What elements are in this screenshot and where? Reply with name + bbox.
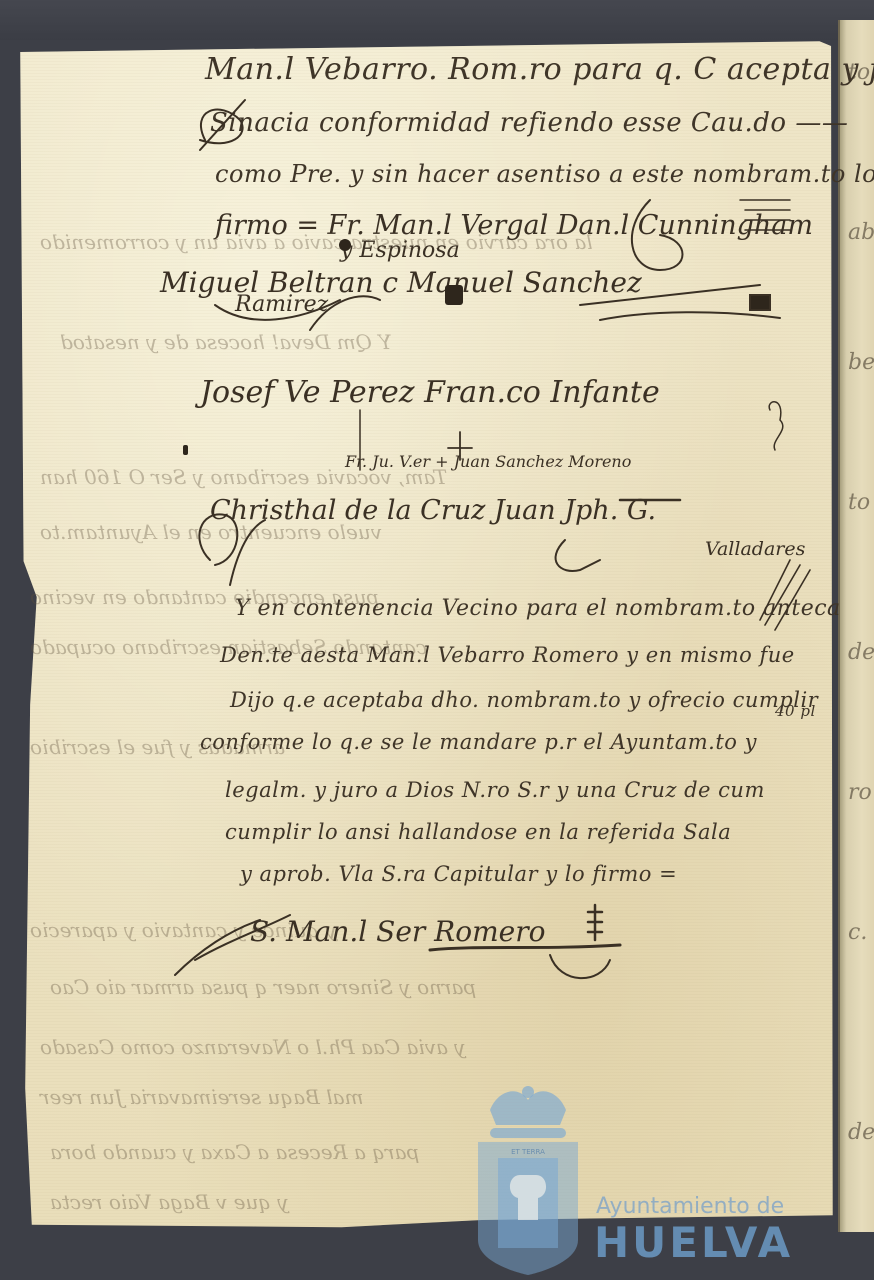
coat-of-arms-icon: ET TERRA <box>468 1080 588 1280</box>
archive-watermark: ET TERRA Ayuntamiento de HUELVA <box>468 1080 788 1280</box>
shield-motto: ET TERRA <box>511 1148 545 1156</box>
watermark-line1: Ayuntamiento de <box>596 1194 784 1219</box>
scan-viewer: to ab be to de ro c. de la ora carvio en… <box>0 0 874 1280</box>
watermark-line2: HUELVA <box>594 1218 793 1267</box>
